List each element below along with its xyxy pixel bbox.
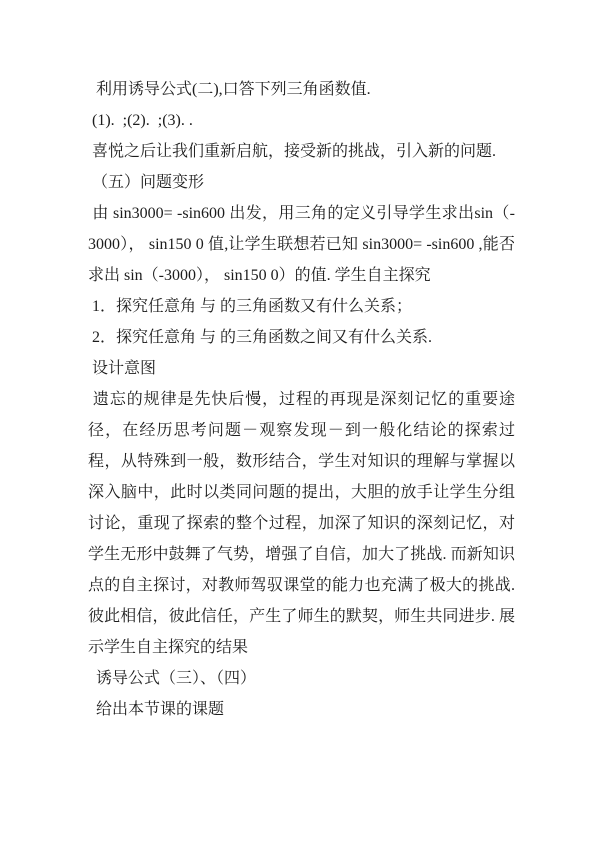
- paragraph-design-intent-body: 遗忘的规律是先快后慢，过程的再现是深刻记忆的重要途径，在经历思考问题－观察发现－…: [88, 384, 515, 663]
- paragraph-recite-instruction: 利用诱导公式(二),口答下列三角函数值.: [88, 74, 515, 105]
- paragraph-design-intent-heading: 设计意图: [88, 353, 515, 384]
- document-page: 利用诱导公式(二),口答下列三角函数值. (1). ;(2). ;(3). . …: [0, 0, 595, 842]
- paragraph-exercise-items: (1). ;(2). ;(3). .: [88, 105, 515, 136]
- paragraph-section-heading: （五）问题变形: [88, 167, 515, 198]
- paragraph-lesson-topic: 给出本节课的课题: [88, 694, 515, 725]
- paragraph-transition: 喜悦之后让我们重新启航，接受新的挑战，引入新的问题.: [88, 136, 515, 167]
- paragraph-inquiry-item-2: 2．探究任意角 与 的三角函数之间又有什么关系.: [88, 322, 515, 353]
- paragraph-formula-three-four: 诱导公式（三）、（四）: [88, 663, 515, 694]
- paragraph-problem-derivation: 由 sin3000= -sin600 出发，用三角的定义引导学生求出sin（-3…: [88, 198, 515, 291]
- paragraph-inquiry-item-1: 1．探究任意角 与 的三角函数又有什么关系；: [88, 291, 515, 322]
